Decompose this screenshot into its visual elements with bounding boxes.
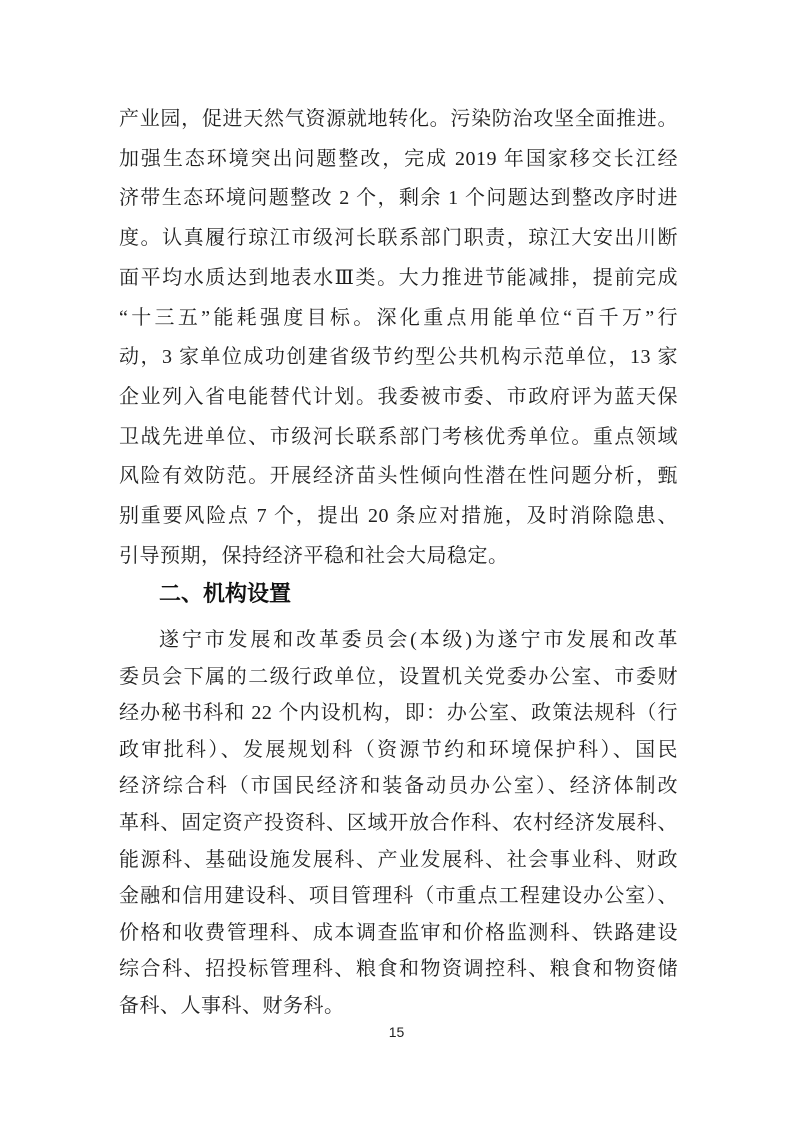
text-line: 遂宁市发展和改革委员会(本级)为遂宁市发展和改革: [119, 622, 678, 659]
text-line: 综合科、招投标管理科、粮食和物资调控科、粮食和物资储: [119, 951, 678, 988]
paragraph-work-summary: 产业园，促进天然气资源就地转化。污染防治攻坚全面推进。 加强生态环境突出问题整改…: [119, 100, 678, 576]
text-line: 动，3 家单位成功创建省级节约型公共机构示范单位，13 家: [119, 338, 678, 378]
text-line: 企业列入省电能替代计划。我委被市委、市政府评为蓝天保: [119, 378, 678, 418]
text-line: 风险有效防范。开展经济苗头性倾向性潜在性问题分析，甄: [119, 457, 678, 497]
document-page: 产业园，促进天然气资源就地转化。污染防治攻坚全面推进。 加强生态环境突出问题整改…: [0, 0, 793, 1122]
section-heading: 二、机构设置: [119, 574, 718, 614]
page-number: 15: [0, 1024, 793, 1040]
text-line: 价格和收费管理科、成本调查监审和价格监测科、铁路建设: [119, 915, 678, 952]
text-line: 卫战先进单位、市级河长联系部门考核优秀单位。重点领域: [119, 418, 678, 458]
text-line: 经办秘书科和 22 个内设机构，即：办公室、政策法规科（行: [119, 695, 678, 732]
text-line: 革科、固定资产投资科、区域开放合作科、农村经济发展科、: [119, 805, 678, 842]
text-line: 政审批科）、发展规划科（资源节约和环境保护科）、国民: [119, 732, 678, 769]
text-line: 能源科、基础设施发展科、产业发展科、社会事业科、财政: [119, 842, 678, 879]
text-line: 引导预期，保持经济平稳和社会大局稳定。: [119, 537, 678, 577]
paragraph-org-structure: 遂宁市发展和改革委员会(本级)为遂宁市发展和改革 委员会下属的二级行政单位，设置…: [119, 622, 678, 1025]
text-line: 面平均水质达到地表水Ⅲ类。大力推进节能减排，提前完成: [119, 259, 678, 299]
text-line: 别重要风险点 7 个，提出 20 条应对措施，及时消除隐患、: [119, 497, 678, 537]
text-line: 济带生态环境问题整改 2 个，剩余 1 个问题达到整改序时进: [119, 179, 678, 219]
text-line: 产业园，促进天然气资源就地转化。污染防治攻坚全面推进。: [119, 100, 678, 140]
text-line: 备科、人事科、财务科。: [119, 988, 678, 1025]
text-line: 委员会下属的二级行政单位，设置机关党委办公室、市委财: [119, 659, 678, 696]
text-line: “十三五”能耗强度目标。深化重点用能单位“百千万”行: [119, 299, 678, 339]
text-line: 度。认真履行琼江市级河长联系部门职责，琼江大安出川断: [119, 219, 678, 259]
text-line: 经济综合科（市国民经济和装备动员办公室）、经济体制改: [119, 768, 678, 805]
text-line: 金融和信用建设科、项目管理科（市重点工程建设办公室）、: [119, 878, 678, 915]
text-line: 加强生态环境突出问题整改，完成 2019 年国家移交长江经: [119, 140, 678, 180]
